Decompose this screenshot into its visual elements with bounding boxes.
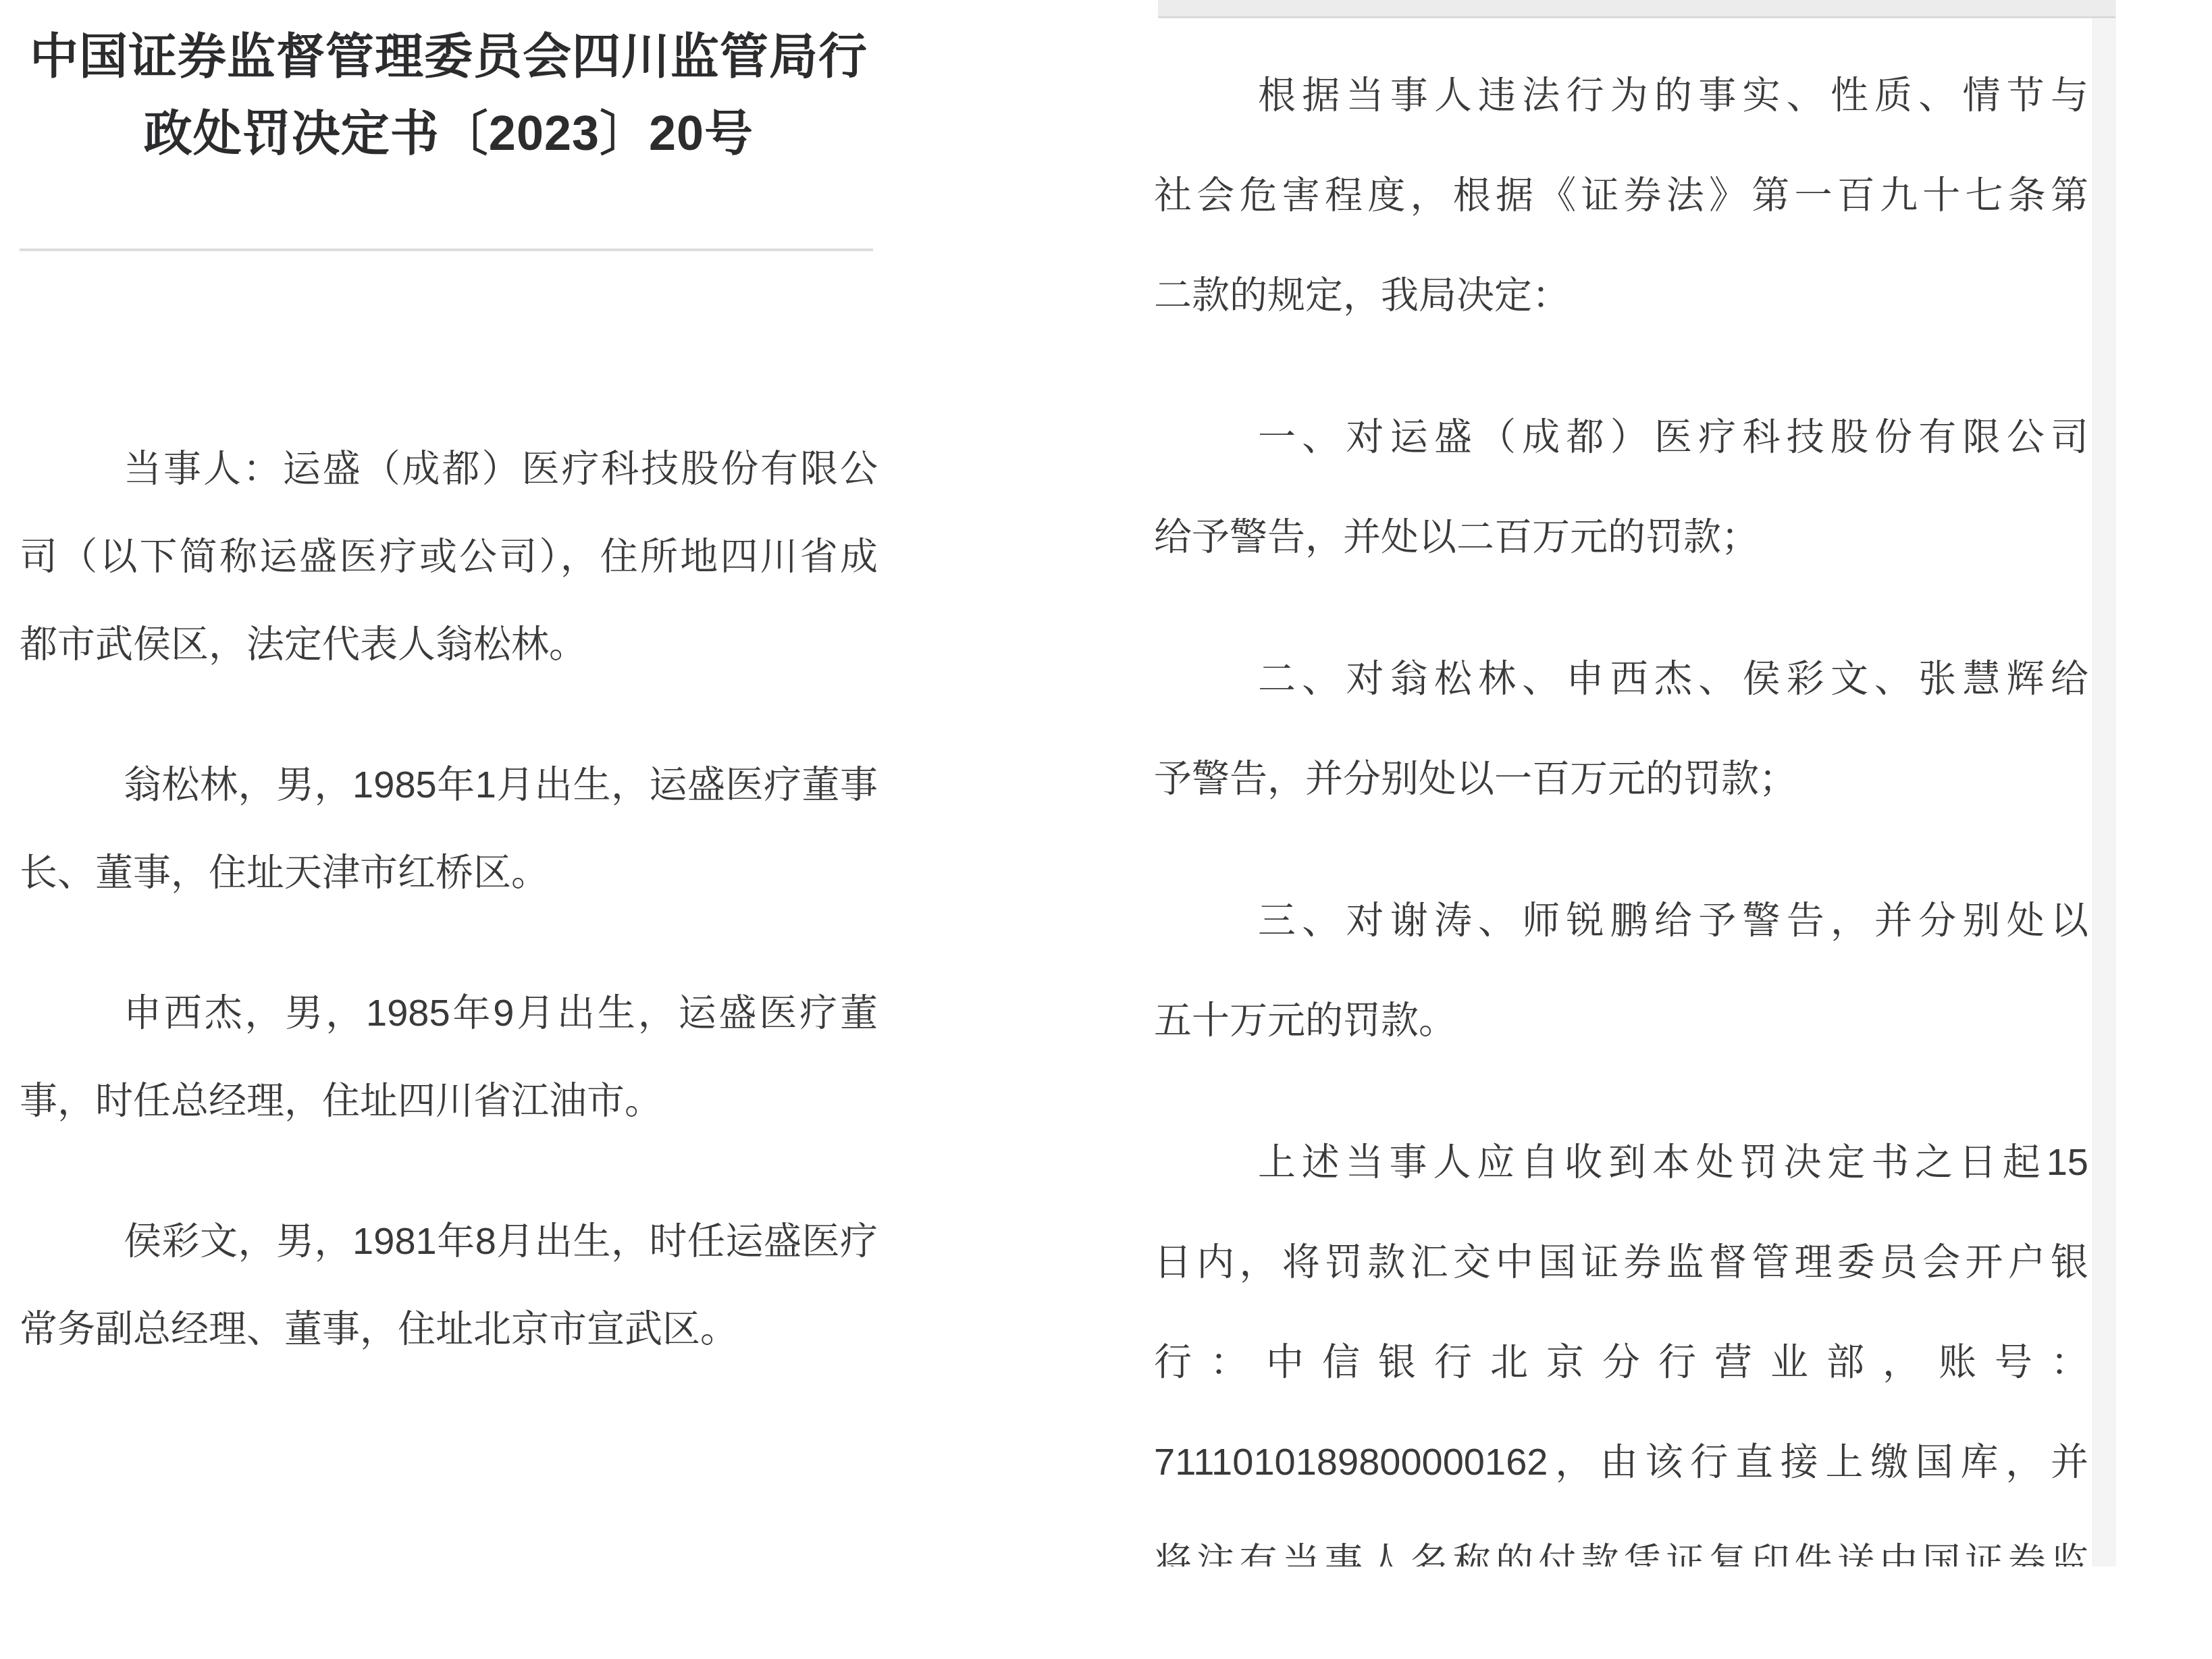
text-line: 一、对运盛（成都）医疗科技股份有限公司: [1154, 387, 2088, 487]
text-line: 事，时任总经理，住址四川省江油市。: [20, 1057, 878, 1144]
text-line: 五十万元的罚款。: [1154, 970, 2088, 1070]
title-divider-rule: [20, 248, 873, 251]
text-line: 当事人：运盛（成都）医疗科技股份有限公: [20, 425, 878, 512]
text-line: 行：中信银行北京分行营业部，账号：: [1154, 1312, 2088, 1412]
text-line: 长、董事，住址天津市红桥区。: [20, 828, 878, 916]
text-line: 将注有当事人名称的付款凭证复印件送中国证券监: [1154, 1512, 2088, 1566]
text-line: 三、对谢涛、师锐鹏给予警告，并分别处以: [1154, 870, 2088, 970]
text-line: 日内，将罚款汇交中国证券监督管理委员会开户银: [1154, 1212, 2088, 1312]
text-line: 都市武侯区，法定代表人翁松林。: [20, 600, 878, 688]
document-page-left: 中国证券监督管理委员会四川监管局行 政处罚决定书〔2023〕20号 当事人：运盛…: [20, 0, 878, 1425]
text-line: 申西杰，男，1985年9月出生，运盛医疗董: [20, 969, 878, 1057]
text-line: 二款的规定，我局决定：: [1154, 245, 2088, 345]
document-title: 中国证券监督管理委员会四川监管局行 政处罚决定书〔2023〕20号: [20, 0, 878, 172]
text-line: 二、对翁松林、申西杰、侯彩文、张慧辉给: [1154, 629, 2088, 729]
paragraph: 一、对运盛（成都）医疗科技股份有限公司给予警告，并处以二百万元的罚款；: [1154, 387, 2088, 587]
paragraph: 翁松林，男，1985年1月出生，运盛医疗董事长、董事，住址天津市红桥区。: [20, 741, 878, 916]
text-line: 给予警告，并处以二百万元的罚款；: [1154, 487, 2088, 587]
text-line: 常务副总经理、董事，住址北京市宣武区。: [20, 1285, 878, 1373]
document-body-right: 根据当事人违法行为的事实、性质、情节与社会危害程度，根据《证券法》第一百九十七条…: [1154, 0, 2088, 1566]
paragraph: 侯彩文，男，1981年8月出生，时任运盛医疗常务副总经理、董事，住址北京市宣武区…: [20, 1197, 878, 1373]
document-title-line-2: 政处罚决定书〔2023〕20号: [20, 95, 878, 172]
text-line: 司（以下简称运盛医疗或公司），住所地四川省成: [20, 512, 878, 600]
text-line: 翁松林，男，1985年1月出生，运盛医疗董事: [20, 741, 878, 828]
text-line: 根据当事人违法行为的事实、性质、情节与: [1154, 45, 2088, 145]
text-line: 社会危害程度，根据《证券法》第一百九十七条第: [1154, 145, 2088, 245]
scrollbar-track[interactable]: [2092, 0, 2116, 1566]
paragraph: 当事人：运盛（成都）医疗科技股份有限公司（以下简称运盛医疗或公司），住所地四川省…: [20, 425, 878, 688]
text-line: 予警告，并分别处以一百万元的罚款；: [1154, 729, 2088, 828]
paragraph: 根据当事人违法行为的事实、性质、情节与社会危害程度，根据《证券法》第一百九十七条…: [1154, 45, 2088, 345]
document-title-line-1: 中国证券监督管理委员会四川监管局行: [20, 18, 878, 95]
document-page-right: 根据当事人违法行为的事实、性质、情节与社会危害程度，根据《证券法》第一百九十七条…: [1154, 0, 2088, 1566]
text-line: 上述当事人应自收到本处罚决定书之日起15: [1154, 1112, 2088, 1212]
screenshot-stage: 中国证券监督管理委员会四川监管局行 政处罚决定书〔2023〕20号 当事人：运盛…: [0, 0, 2212, 1659]
paragraph: 上述当事人应自收到本处罚决定书之日起15日内，将罚款汇交中国证券监督管理委员会开…: [1154, 1112, 2088, 1566]
document-body-left: 当事人：运盛（成都）医疗科技股份有限公司（以下简称运盛医疗或公司），住所地四川省…: [20, 425, 878, 1373]
paragraph: 三、对谢涛、师锐鹏给予警告，并分别处以五十万元的罚款。: [1154, 870, 2088, 1070]
text-line: 7111010189800000162，由该行直接上缴国库，并: [1154, 1412, 2088, 1512]
paragraph: 二、对翁松林、申西杰、侯彩文、张慧辉给予警告，并分别处以一百万元的罚款；: [1154, 629, 2088, 828]
text-line: 侯彩文，男，1981年8月出生，时任运盛医疗: [20, 1197, 878, 1285]
paragraph: 申西杰，男，1985年9月出生，运盛医疗董事，时任总经理，住址四川省江油市。: [20, 969, 878, 1144]
